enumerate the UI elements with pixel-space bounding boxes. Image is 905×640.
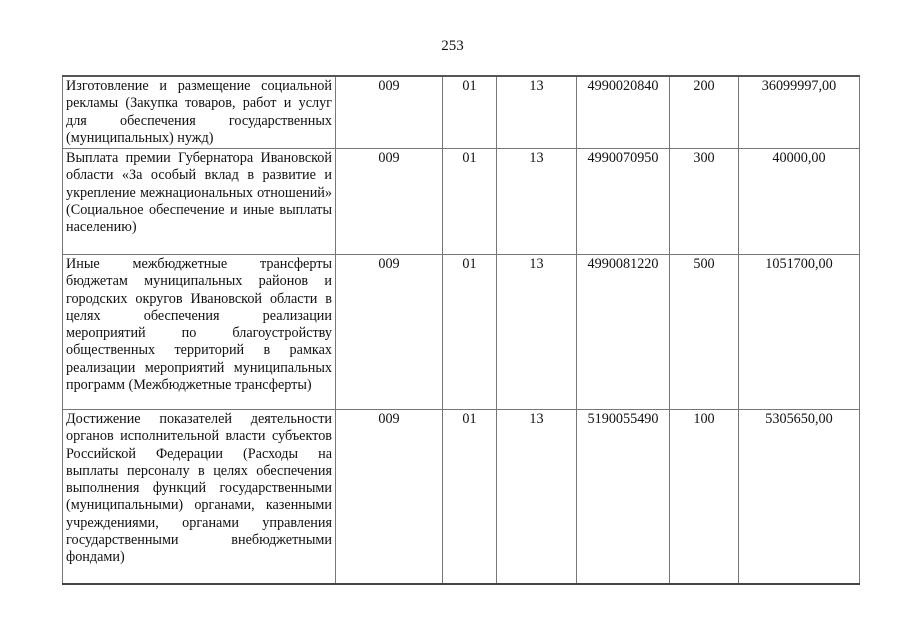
- expense-type-code: 100: [670, 410, 739, 585]
- table-row: Выплата премии Губернатора Ивановской об…: [63, 149, 860, 255]
- expense-type-code: 500: [670, 255, 739, 410]
- table-row: Иные межбюджетные трансферты бюджетам му…: [63, 255, 860, 410]
- ministry-code: 009: [336, 76, 443, 149]
- row-description: Достижение показателей деятельности орга…: [63, 410, 336, 585]
- subsection-code: 13: [497, 255, 577, 410]
- amount: 1051700,00: [739, 255, 860, 410]
- row-description: Изготовление и размещение социальной рек…: [63, 76, 336, 149]
- budget-table: Изготовление и размещение социальной рек…: [62, 75, 860, 585]
- section-code: 01: [443, 76, 497, 149]
- target-article-code: 4990070950: [577, 149, 670, 255]
- target-article-code: 4990020840: [577, 76, 670, 149]
- row-description: Иные межбюджетные трансферты бюджетам му…: [63, 255, 336, 410]
- page-number: 253: [0, 38, 905, 55]
- ministry-code: 009: [336, 149, 443, 255]
- subsection-code: 13: [497, 410, 577, 585]
- table-row: Достижение показателей деятельности орга…: [63, 410, 860, 585]
- expense-type-code: 300: [670, 149, 739, 255]
- section-code: 01: [443, 255, 497, 410]
- amount: 36099997,00: [739, 76, 860, 149]
- subsection-code: 13: [497, 149, 577, 255]
- expense-type-code: 200: [670, 76, 739, 149]
- amount: 5305650,00: [739, 410, 860, 585]
- section-code: 01: [443, 149, 497, 255]
- table-row: Изготовление и размещение социальной рек…: [63, 76, 860, 149]
- target-article-code: 5190055490: [577, 410, 670, 585]
- target-article-code: 4990081220: [577, 255, 670, 410]
- ministry-code: 009: [336, 410, 443, 585]
- ministry-code: 009: [336, 255, 443, 410]
- section-code: 01: [443, 410, 497, 585]
- amount: 40000,00: [739, 149, 860, 255]
- row-description: Выплата премии Губернатора Ивановской об…: [63, 149, 336, 255]
- subsection-code: 13: [497, 76, 577, 149]
